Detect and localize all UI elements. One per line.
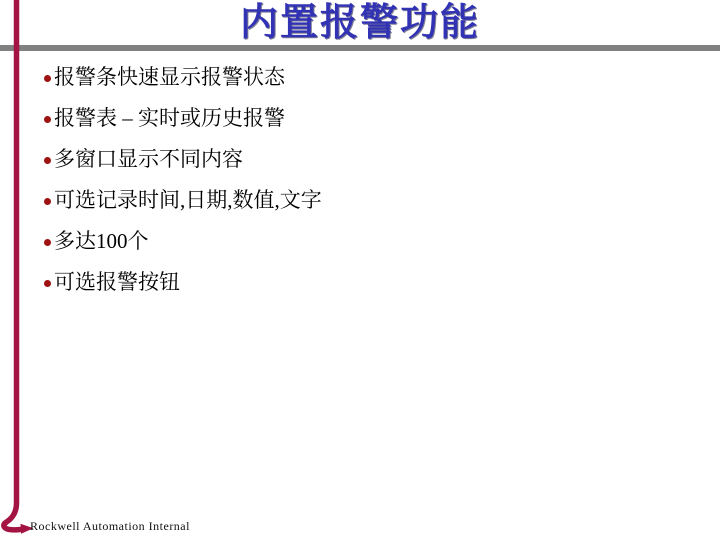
footer-classification-text: Rockwell Automation Internal bbox=[30, 519, 190, 534]
bullet-dot-icon bbox=[44, 116, 51, 123]
bullet-text: 可选记录时间,日期,数值,文字 bbox=[54, 189, 322, 212]
bullet-text: 报警表 – 实时或历史报警 bbox=[54, 107, 285, 130]
bullet-text: 可选报警按钮 bbox=[54, 271, 180, 294]
bullet-dot-icon bbox=[44, 198, 51, 205]
bullet-text: 报警条快速显示报警状态 bbox=[54, 66, 285, 89]
list-item: 多窗口显示不同内容 bbox=[44, 148, 684, 171]
bullet-dot-icon bbox=[44, 239, 51, 246]
list-item: 报警表 – 实时或历史报警 bbox=[44, 107, 684, 130]
title-divider-line bbox=[0, 45, 720, 51]
list-item: 可选记录时间,日期,数值,文字 bbox=[44, 189, 684, 212]
bullet-list: 报警条快速显示报警状态 报警表 – 实时或历史报警 多窗口显示不同内容 可选记录… bbox=[44, 66, 684, 312]
slide-title: 内置报警功能 bbox=[0, 1, 720, 45]
bullet-dot-icon bbox=[44, 157, 51, 164]
bullet-dot-icon bbox=[44, 75, 51, 82]
list-item: 多达100个 bbox=[44, 230, 684, 253]
bullet-dot-icon bbox=[44, 280, 51, 287]
slide-canvas: 内置报警功能 报警条快速显示报警状态 报警表 – 实时或历史报警 多窗口显示不同… bbox=[0, 0, 720, 540]
list-item: 报警条快速显示报警状态 bbox=[44, 66, 684, 89]
list-item: 可选报警按钮 bbox=[44, 271, 684, 294]
bullet-text: 多窗口显示不同内容 bbox=[54, 148, 243, 171]
bullet-text: 多达100个 bbox=[54, 230, 149, 253]
